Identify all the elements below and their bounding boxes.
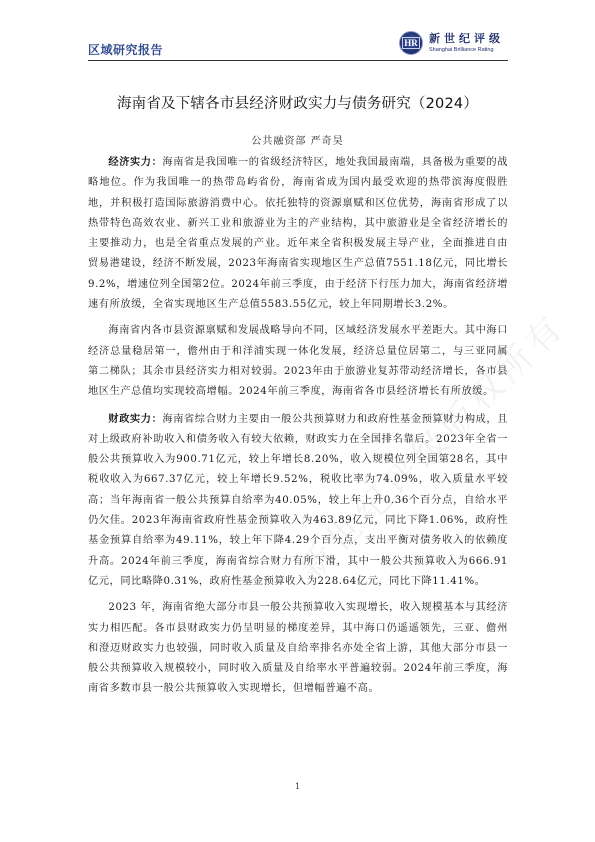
document-title: 海南省及下辖各市县经济财政实力与债务研究（2024） — [0, 92, 595, 113]
logo-emblem-icon: HR — [399, 31, 423, 55]
paragraph-text: 海南省综合财力主要由一般公共预算财力和政府性基金预算财力构成，且对上级政府补助收… — [88, 414, 508, 587]
paragraph-regional-economy: 海南省内各市县资源禀赋和发展战略导向不同，区域经济发展水平差距大。其中海口经济总… — [88, 321, 508, 402]
document-author: 公共融资部 严奇昊 — [0, 132, 595, 147]
paragraph-text: 海南省是我国唯一的省级经济特区，地处我国最南端，具备极为重要的战略地位。作为我国… — [88, 157, 508, 310]
logo-emblem-text: HR — [402, 37, 420, 49]
page-number: 1 — [0, 782, 595, 791]
document-body: 经济实力：海南省是我国唯一的省级经济特区，地处我国最南端，具备极为重要的战略地位… — [88, 152, 508, 706]
report-type-label: 区域研究报告 — [88, 41, 163, 58]
brand-logo: HR 新世纪评级 Shanghai Brilliance Rating — [399, 28, 504, 58]
page-header: 区域研究报告 HR 新世纪评级 Shanghai Brilliance Rati… — [88, 28, 508, 61]
paragraph-text: 海南省内各市县资源禀赋和发展战略导向不同，区域经济发展水平差距大。其中海口经济总… — [88, 325, 508, 397]
paragraph-lead: 经济实力： — [108, 156, 162, 168]
paragraph-text: 2023 年，海南省绝大部分市县一般公共预算收入实现增长，收入规模基本与其经济实… — [88, 602, 508, 694]
paragraph-lead: 财政实力： — [108, 413, 162, 425]
logo-name-cn: 新世纪评级 — [429, 32, 504, 46]
paragraph-fiscal-strength: 财政实力：海南省综合财力主要由一般公共预算财力和政府性基金预算财力构成，且对上级… — [88, 409, 508, 593]
logo-text: 新世纪评级 Shanghai Brilliance Rating — [429, 32, 504, 54]
paragraph-regional-fiscal: 2023 年，海南省绝大部分市县一般公共预算收入实现增长，收入规模基本与其经济实… — [88, 598, 508, 699]
paragraph-economic-strength: 经济实力：海南省是我国唯一的省级经济特区，地处我国最南端，具备极为重要的战略地位… — [88, 152, 508, 315]
logo-name-en: Shanghai Brilliance Rating — [429, 46, 504, 54]
